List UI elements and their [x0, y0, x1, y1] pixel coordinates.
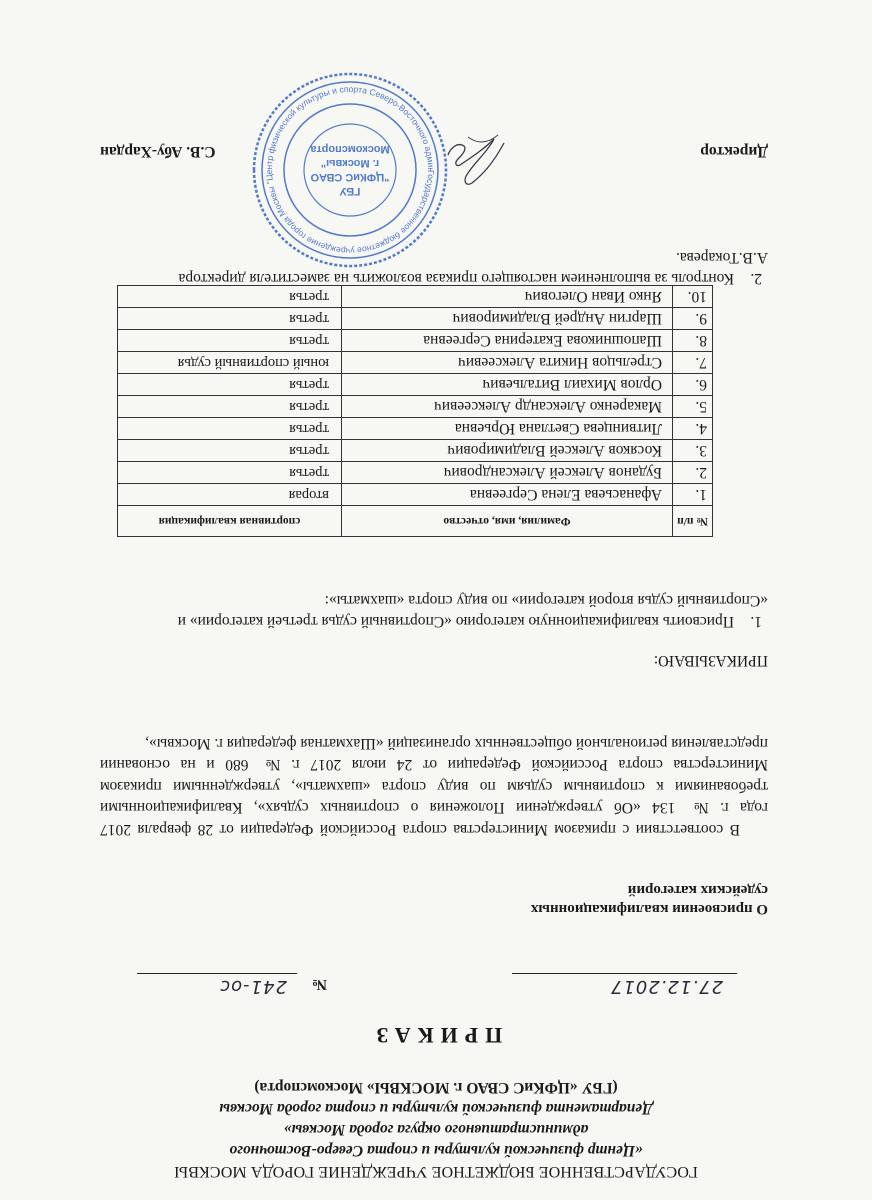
- judge-name: Орлов Михаил Витальевич: [342, 374, 673, 396]
- stamp-line-2: "ЦФКиС СВАО: [310, 171, 389, 183]
- qualification-category: третья: [118, 374, 342, 396]
- qualification-category: третья: [118, 440, 342, 462]
- row-number: 7.: [673, 352, 713, 374]
- signatory-name: С.В. Абу-Хардан: [100, 142, 216, 160]
- qualification-category: юный спортивный судья: [118, 352, 342, 374]
- judge-name: Стрельцов Никита Алексеевич: [342, 352, 673, 374]
- judge-name: Афанасьева Елена Сергеевна: [342, 484, 673, 506]
- preamble: В соответствии с приказом Министерства с…: [100, 733, 768, 841]
- table-header-row: № п/п Фамилия, имя, отчество спортивная …: [118, 506, 713, 537]
- item-2-number: 2.: [734, 268, 768, 289]
- judge-name: Косяков Алексей Владимирович: [342, 440, 673, 462]
- judge-name: Шаргин Андрей Владимирович: [342, 308, 673, 330]
- column-header-category: спортивная квалификация: [118, 506, 342, 537]
- org-line-1: ГОСУДАРСТВЕННОЕ БЮДЖЕТНОЕ УЧРЕЖДЕНИЕ ГОР…: [0, 1161, 872, 1182]
- handwritten-signature-icon: [442, 125, 512, 195]
- document-title: ПРИКАЗ: [0, 1022, 872, 1048]
- table-row: 3.Косяков Алексей Владимировичтретья: [118, 440, 713, 462]
- org-line-3: административного округа города Москвы»: [0, 1119, 872, 1140]
- row-number: 6.: [673, 374, 713, 396]
- preamble-text: В соответствии с приказом Министерства с…: [100, 733, 768, 841]
- judges-table: № п/п Фамилия, имя, отчество спортивная …: [117, 285, 713, 537]
- order-word: ПРИКАЗЫВАЮ:: [654, 651, 768, 669]
- item-1-number: 1.: [734, 611, 768, 632]
- qualification-category: вторая: [118, 484, 342, 506]
- row-number: 4.: [673, 418, 713, 440]
- row-number: 1.: [673, 484, 713, 506]
- handwritten-number: 241-ос: [219, 976, 287, 997]
- order-subject: О присвоении квалификационных судейских …: [428, 880, 768, 918]
- org-line-4: Департамента физической культуры и спорт…: [0, 1098, 872, 1119]
- table-row: 5.Макаренко Александр Алексеевичтретья: [118, 396, 713, 418]
- column-header-number: № п/п: [673, 506, 713, 537]
- subject-line-1: О присвоении квалификационных: [428, 899, 768, 918]
- table-row: 2.Буданов Алексей Александровичтретья: [118, 462, 713, 484]
- judge-name: Литвинцева Светлана Юрьевна: [342, 418, 673, 440]
- number-label: №: [312, 975, 327, 992]
- subject-line-2: судейских категорий: [428, 880, 768, 899]
- handwritten-date: 27.12.2017: [610, 976, 723, 997]
- qualification-category: третья: [118, 462, 342, 484]
- order-item-1: 1.Присвоить квалификационную категорию «…: [100, 590, 768, 632]
- item-1-text: Присвоить квалификационную категорию «Сп…: [178, 592, 768, 630]
- row-number: 8.: [673, 330, 713, 352]
- table-row: 4.Литвинцева Светлана Юрьевнатретья: [118, 418, 713, 440]
- signatory-role: Директор: [700, 142, 768, 160]
- stamp-line-4: Москомспорта: [309, 143, 389, 155]
- row-number: 3.: [673, 440, 713, 462]
- column-header-name: Фамилия, имя, отчество: [342, 506, 673, 537]
- table-row: 9.Шаргин Андрей Владимировичтретья: [118, 308, 713, 330]
- row-number: 9.: [673, 308, 713, 330]
- document-page: ГОСУДАРСТВЕННОЕ БЮДЖЕТНОЕ УЧРЕЖДЕНИЕ ГОР…: [0, 0, 872, 1200]
- stamp-line-3: г. Москвы": [321, 157, 379, 169]
- qualification-category: третья: [118, 396, 342, 418]
- judge-name: Шапошникова Екатерина Сергеевна: [342, 330, 673, 352]
- organization-header: ГОСУДАРСТВЕННОЕ БЮДЖЕТНОЕ УЧРЕЖДЕНИЕ ГОР…: [0, 1077, 872, 1182]
- org-line-2: «Центр физической культуры и спорта Севе…: [0, 1140, 872, 1161]
- table-row: 6.Орлов Михаил Витальевичтретья: [118, 374, 713, 396]
- table-row: 1.Афанасьева Елена Сергеевнавторая: [118, 484, 713, 506]
- number-field: 241-ос: [137, 973, 297, 1002]
- date-field: 27.12.2017: [512, 973, 737, 1002]
- row-number: 5.: [673, 396, 713, 418]
- row-number: 2.: [673, 462, 713, 484]
- judge-name: Буданов Алексей Александрович: [342, 462, 673, 484]
- judge-name: Макаренко Александр Алексеевич: [342, 396, 673, 418]
- qualification-category: третья: [118, 330, 342, 352]
- org-line-5: (ГБУ «ЦФКиС СВАО г. МОСКВЫ» Москомспорта…: [0, 1077, 872, 1098]
- official-stamp-icon: Государственное бюджетное учреждение гор…: [250, 70, 450, 270]
- stamp-line-1: ГБУ: [339, 185, 360, 197]
- table-row: 7.Стрельцов Никита Алексеевичюный спорти…: [118, 352, 713, 374]
- qualification-category: третья: [118, 418, 342, 440]
- qualification-category: третья: [118, 308, 342, 330]
- table-row: 8.Шапошникова Екатерина Сергеевнатретья: [118, 330, 713, 352]
